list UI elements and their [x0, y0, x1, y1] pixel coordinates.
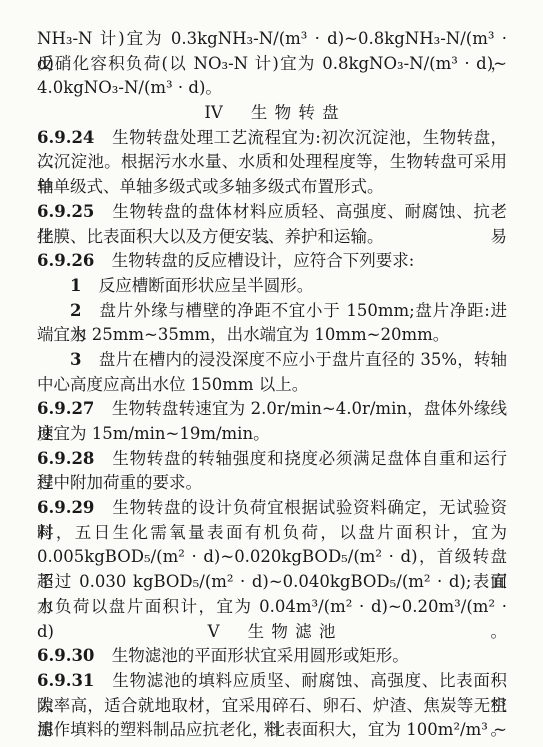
document-page: NH₃-N 计)宜为 0.3kgNH₃-N/(m³ · d)~0.8kgNH₃-…: [0, 0, 543, 747]
clause-number: 1: [70, 276, 81, 295]
line-text: 生物转盘的反应槽设计，应符合下列要求:: [112, 251, 415, 270]
line-text: 用作填料的塑料制品应抗老化，比表面积大，宜为 100m²/m³ ~: [37, 720, 507, 739]
line-text: 生 物 转 盘: [251, 103, 340, 122]
clause-number: 2: [70, 301, 81, 320]
text-line: 力负荷以盘片面积计，宜为 0.04m³/(m² · d)~0.20m³/(m² …: [37, 595, 507, 620]
clause-number: 6.9.30: [37, 646, 94, 665]
clause-line: 6.9.27生物转盘转速宜为 2.0r/min~4.0r/min，盘体外缘线速: [37, 397, 507, 422]
clause-line: 6.9.28生物转盘的转轴强度和挠度必须满足盘体自重和运行过: [37, 447, 507, 472]
line-text: 时，五日生化需氧量表面有机负荷，以盘片面积计，宜为: [37, 523, 507, 542]
clause-line: 6.9.25生物转盘的盘体材料应质轻、高强度、耐腐蚀、抗老化、易: [37, 200, 507, 225]
line-text: 中心高度应高出水位 150mm 以上。: [37, 375, 308, 394]
clause-number: 6.9.29: [37, 498, 94, 517]
text-line: 隙率高，适合就地取材，宜采用碎石、卵石、炉渣、焦炭等无机滤料。: [37, 694, 507, 719]
clause-number: 6.9.24: [37, 128, 94, 147]
clause-number: 6.9.25: [37, 202, 94, 221]
line-text: 端宜为 25mm~35mm，出水端宜为 10mm~20mm。: [37, 325, 449, 344]
text-line: 轴单级式、单轴多级式或多轴多级式布置形式。: [37, 175, 507, 200]
text-line: 中心高度应高出水位 150mm 以上。: [37, 373, 507, 398]
clause-line: 6.9.24生物转盘处理工艺流程宜为:初次沉淀池，生物转盘，二: [37, 126, 507, 151]
clause-number: 6.9.28: [37, 449, 94, 468]
clause-line: 6.9.30生物滤池的平面形状宜采用圆形或矩形。: [37, 644, 507, 669]
text-line: 端宜为 25mm~35mm，出水端宜为 10mm~20mm。: [37, 323, 507, 348]
line-text: 轴单级式、单轴多级式或多轴多级式布置形式。: [37, 177, 384, 196]
text-line: 程中附加荷重的要求。: [37, 471, 507, 496]
line-text: 盘片在槽内的浸没深度不应小于盘片直径的 35%，转轴: [99, 350, 507, 369]
item-line: 2盘片外缘与槽壁的净距不宜小于 150mm;盘片净距:进水: [37, 299, 507, 324]
text-line: 反硝化容积负荷(以 NO₃-N 计)宜为 0.8kgNO₃-N/(m³ · d)…: [37, 52, 507, 77]
line-text: 反硝化容积负荷(以 NO₃-N 计)宜为 0.8kgNO₃-N/(m³ · d)…: [37, 54, 507, 73]
clause-line: 6.9.29生物转盘的设计负荷宜根据试验资料确定，无试验资料: [37, 496, 507, 521]
clause-number: 6.9.31: [37, 671, 94, 690]
item-line: 1反应槽断面形状应呈半圆形。: [37, 274, 507, 299]
text-line: 次沉淀池。根据污水水量、水质和处理程度等，生物转盘可采用单: [37, 150, 507, 175]
text-line: 超过 0.030 kgBOD₅/(m² · d)~0.040kgBOD₅/(m²…: [37, 570, 507, 595]
clause-number: 3: [70, 350, 81, 369]
section-numeral: V: [208, 622, 220, 641]
text-line: 4.0kgNO₃-N/(m³ · d)。: [37, 76, 507, 101]
text-line: NH₃-N 计)宜为 0.3kgNH₃-N/(m³ · d)~0.8kgNH₃-…: [37, 27, 507, 52]
line-text: 4.0kgNO₃-N/(m³ · d)。: [37, 78, 222, 97]
line-text: 反应槽断面形状应呈半圆形。: [99, 276, 314, 295]
page-body: NH₃-N 计)宜为 0.3kgNH₃-N/(m³ · d)~0.8kgNH₃-…: [37, 27, 507, 743]
text-line: 0.005kgBOD₅/(m² · d)~0.020kgBOD₅/(m² · d…: [37, 545, 507, 570]
clause-number: 6.9.26: [37, 251, 94, 270]
clause-line: 6.9.26生物转盘的反应槽设计，应符合下列要求:: [37, 249, 507, 274]
item-line: 3盘片在槽内的浸没深度不应小于盘片直径的 35%，转轴: [37, 348, 507, 373]
line-text: 挂膜、比表面积大以及方便安装、养护和运输。: [37, 227, 384, 246]
line-text: 生物滤池的平面形状宜采用圆形或矩形。: [112, 646, 409, 665]
clause-number: 6.9.27: [37, 399, 94, 418]
text-line: 度宜为 15m/min~19m/min。: [37, 422, 507, 447]
text-line: 时，五日生化需氧量表面有机负荷，以盘片面积计，宜为: [37, 521, 507, 546]
section-numeral: IV: [204, 103, 222, 122]
clause-line: 6.9.31生物滤池的填料应质坚、耐腐蚀、高强度、比表面积大、空: [37, 669, 507, 694]
line-text: 生 物 滤 池: [248, 622, 337, 641]
line-text: 程中附加荷重的要求。: [37, 473, 202, 492]
text-line: 用作填料的塑料制品应抗老化，比表面积大，宜为 100m²/m³ ~: [37, 718, 507, 743]
section-heading: IV生 物 转 盘: [37, 101, 507, 126]
line-text: 度宜为 15m/min~19m/min。: [37, 424, 270, 443]
